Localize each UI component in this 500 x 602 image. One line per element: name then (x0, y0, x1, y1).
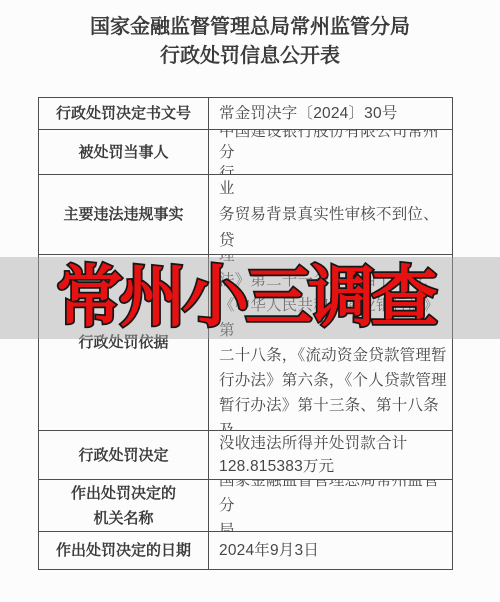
page-title: 国家金融监督管理总局常州监管分局 行政处罚信息公开表 (0, 13, 500, 71)
row-label: 行政处罚决定 (39, 431, 209, 479)
row-label: 作出处罚决定的 机关名称 (39, 480, 209, 531)
row-value: 国家金融监督管理总局常州监管分 局 (209, 480, 452, 531)
penalty-table: 行政处罚决定书文号 常金罚决字〔2024〕30号 被处罚当事人 中国建设银行股份… (38, 97, 453, 570)
table-row: 作出处罚决定的日期 2024年9月3日 (39, 531, 452, 569)
table-row: 主要违法违规事实 贷前调查不尽职、银行承兑汇票业 务贸易背景真实性审核不到位、贷… (39, 174, 452, 254)
row-label: 行政处罚决定书文号 (39, 98, 209, 129)
row-value-text: 国家金融监督管理总局常州监管分 局 (219, 480, 450, 531)
row-value-text: 《中华人民共和国银行业监督管理 法》第二十一条、第四十六条， 《中华人民共和国商… (219, 255, 450, 430)
row-value: 没收违法所得并处罚款合计 128.815383万元 (209, 431, 452, 479)
table-row: 行政处罚依据 《中华人民共和国银行业监督管理 法》第二十一条、第四十六条， 《中… (39, 254, 452, 430)
row-value: 中国建设银行股份有限公司常州分 行 (209, 130, 452, 174)
row-label: 行政处罚依据 (39, 255, 209, 430)
row-value: 贷前调查不尽职、银行承兑汇票业 务贸易背景真实性审核不到位、贷 款季末发放季初收… (209, 175, 452, 254)
row-value-text: 2024年9月3日 (219, 538, 319, 564)
row-label: 被处罚当事人 (39, 130, 209, 174)
row-value: 2024年9月3日 (209, 532, 452, 569)
row-value: 常金罚决字〔2024〕30号 (209, 98, 452, 129)
row-value-text: 常金罚决字〔2024〕30号 (219, 101, 398, 127)
page-title-line2: 行政处罚信息公开表 (0, 42, 500, 71)
table-row: 行政处罚决定书文号 常金罚决字〔2024〕30号 (39, 98, 452, 129)
row-value-text: 中国建设银行股份有限公司常州分 行 (219, 130, 450, 174)
row-label: 作出处罚决定的日期 (39, 532, 209, 569)
penalty-disclosure-page: 国家金融监督管理总局常州监管分局 行政处罚信息公开表 行政处罚决定书文号 常金罚… (0, 0, 500, 602)
row-value-text: 没收违法所得并处罚款合计 128.815383万元 (219, 432, 407, 478)
row-label: 主要违法违规事实 (39, 175, 209, 254)
page-title-line1: 国家金融监督管理总局常州监管分局 (0, 13, 500, 42)
table-row: 作出处罚决定的 机关名称 国家金融监督管理总局常州监管分 局 (39, 479, 452, 531)
row-value-text: 贷前调查不尽职、银行承兑汇票业 务贸易背景真实性审核不到位、贷 款季末发放季初收… (219, 175, 450, 254)
table-row: 被处罚当事人 中国建设银行股份有限公司常州分 行 (39, 129, 452, 174)
row-value: 《中华人民共和国银行业监督管理 法》第二十一条、第四十六条， 《中华人民共和国商… (209, 255, 452, 430)
table-row: 行政处罚决定 没收违法所得并处罚款合计 128.815383万元 (39, 430, 452, 479)
